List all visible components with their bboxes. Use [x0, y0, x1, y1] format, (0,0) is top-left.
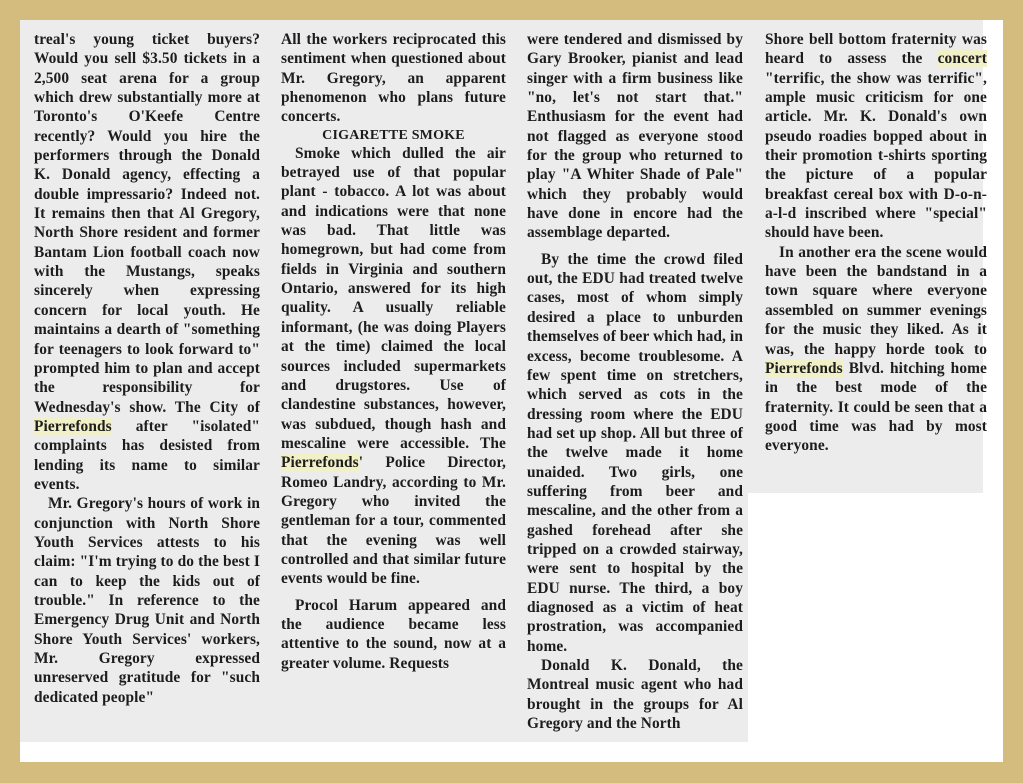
article-column-3: were tendered and dismissed by Gary Broo… — [527, 30, 743, 733]
article-column-1: treal's young ticket buyers? Would you s… — [34, 30, 260, 707]
paragraph: were tendered and dismissed by Gary Broo… — [527, 30, 743, 243]
search-highlight: concert — [938, 50, 987, 67]
article-column-4: Shore bell bottom fraternity was heard t… — [765, 30, 987, 456]
subheading: CIGARETTE SMOKE — [281, 127, 506, 144]
paragraph: By the time the crowd filed out, the EDU… — [527, 250, 743, 656]
paragraph: Smoke which dulled the air betrayed use … — [281, 144, 506, 589]
article-column-2: All the workers reciprocated this sentim… — [281, 30, 506, 673]
paragraph: All the workers reciprocated this sentim… — [281, 30, 506, 127]
search-highlight: Pierrefonds — [765, 360, 843, 377]
paragraph: treal's young ticket buyers? Would you s… — [34, 30, 260, 494]
search-highlight: Pierrefonds — [34, 418, 112, 435]
paragraph: Donald K. Donald, the Montreal music age… — [527, 656, 743, 733]
clipping-page: treal's young ticket buyers? Would you s… — [20, 20, 1003, 762]
paragraph: Mr. Gregory's hours of work in conjuncti… — [34, 494, 260, 707]
paragraph: Shore bell bottom fraternity was heard t… — [765, 30, 987, 243]
search-highlight: Pierrefonds — [281, 454, 359, 471]
paragraph: Procol Harum appeared and the audience b… — [281, 596, 506, 673]
paragraph: In another era the scene would have been… — [765, 243, 987, 456]
